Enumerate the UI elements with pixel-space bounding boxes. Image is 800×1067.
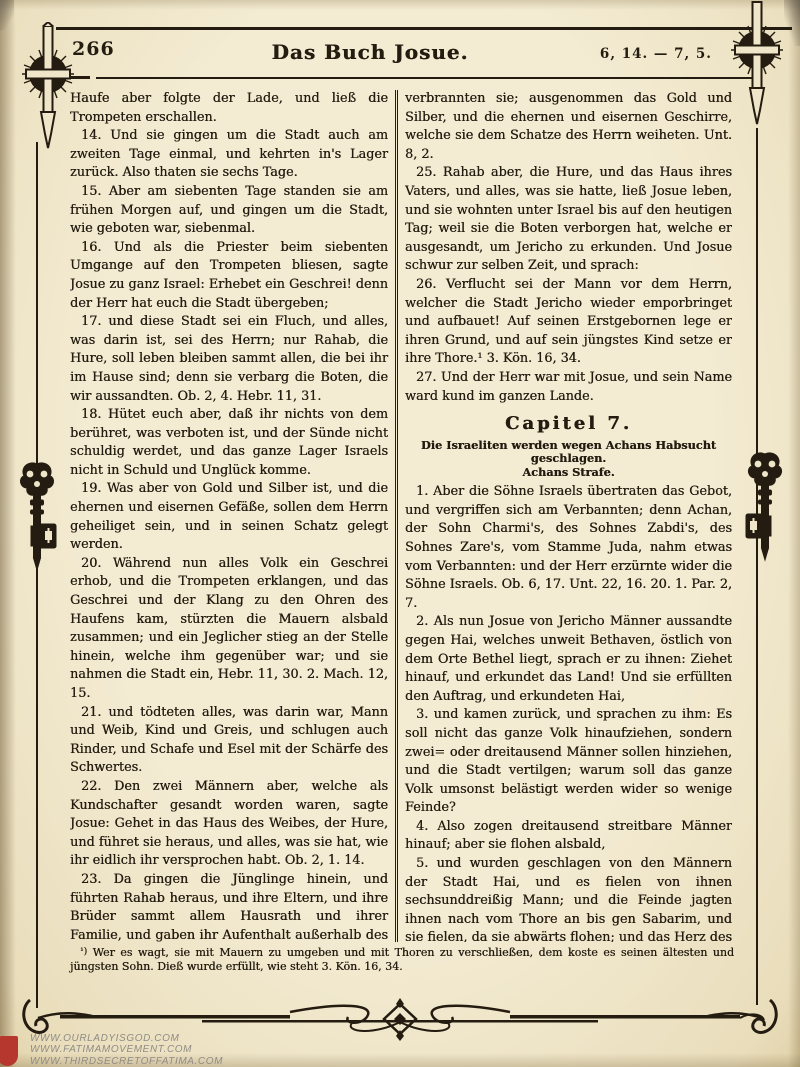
verse-paragraph: 21. und tödteten alles, was darin war, M… bbox=[70, 704, 388, 778]
verse-paragraph: 22. Den zwei Männern aber, welche als Ku… bbox=[70, 778, 388, 871]
footnote: ¹) Wer es wagt, sie mit Mauern zu umgebe… bbox=[70, 946, 734, 973]
verse-paragraph: 19. Was aber von Gold und Silber ist, un… bbox=[70, 480, 388, 554]
right-border-rule bbox=[756, 128, 758, 1005]
chapter-subheading: Die Israeliten werden wegen Achans Habsu… bbox=[405, 439, 732, 480]
left-border-rule bbox=[36, 142, 38, 1008]
top-border-rule bbox=[56, 27, 792, 30]
footnote-text: Wer es wagt, sie mit Mauern zu umgeben u… bbox=[70, 946, 734, 973]
continuation-paragraph: Haufe aber folgte der Lade, und ließ die… bbox=[70, 90, 388, 127]
verse-paragraph: 18. Hütet euch aber, daß ihr nichts von … bbox=[70, 406, 388, 480]
scanned-book-page: 266 Das Buch Josue. 6, 14. — 7, 5. bbox=[0, 0, 800, 1067]
watermark-text: WWW.THIRDSECRETOFFATIMA.COM bbox=[30, 1056, 223, 1067]
verse-paragraph: 25. Rahab aber, die Hure, und das Haus i… bbox=[405, 164, 732, 276]
verse-paragraph: 4. Also zogen dreitausend streitbare Män… bbox=[405, 818, 732, 855]
left-column: Haufe aber folgte der Lade, und ließ die… bbox=[70, 90, 398, 942]
continuation-paragraph: verbrannten sie; ausgenommen das Gold un… bbox=[405, 90, 732, 164]
verse-paragraph: 2. Als nun Josue von Jericho Männer auss… bbox=[405, 613, 732, 706]
footnote-marker: ¹) bbox=[70, 947, 87, 957]
verse-paragraph: 14. Und sie gingen um die Stadt auch am … bbox=[70, 127, 388, 183]
verse-paragraph: 27. Und der Herr war mit Josue, und sein… bbox=[405, 369, 732, 406]
cross-ornament-icon bbox=[726, 0, 788, 128]
verse-paragraph: 3. und kamen zurück, und sprachen zu ihm… bbox=[405, 706, 732, 818]
watermark-list: WWW.OURLADYISGOD.COMWWW.FATIMAMOVEMENT.C… bbox=[30, 1033, 223, 1067]
text-body: Haufe aber folgte der Lade, und ließ die… bbox=[70, 90, 732, 942]
verse-paragraph: 16. Und als die Priester beim siebenten … bbox=[70, 239, 388, 313]
page-corner-shadow bbox=[784, 0, 800, 46]
verse-paragraph: 1. Aber die Söhne Israels übertraten das… bbox=[405, 483, 732, 613]
key-ornament-icon bbox=[742, 452, 788, 564]
verse-range: 6, 14. — 7, 5. bbox=[600, 46, 712, 62]
verse-paragraph: 26. Verflucht sei der Mann vor dem Herrn… bbox=[405, 276, 732, 369]
header-underline bbox=[96, 77, 756, 79]
watermark-text: WWW.FATIMAMOVEMENT.COM bbox=[30, 1044, 223, 1055]
page-corner-shadow bbox=[0, 0, 14, 30]
right-column: verbrannten sie; ausgenommen das Gold un… bbox=[398, 90, 732, 942]
header-underline-dash bbox=[58, 76, 90, 79]
shield-logo bbox=[0, 1036, 18, 1066]
verse-paragraph: 17. und diese Stadt sei ein Fluch, und a… bbox=[70, 313, 388, 406]
watermark-text: WWW.OURLADYISGOD.COM bbox=[30, 1033, 223, 1044]
verse-paragraph: 15. Aber am siebenten Tage standen sie a… bbox=[70, 183, 388, 239]
verse-paragraph: 23. Da gingen die Jünglinge hinein, und … bbox=[70, 871, 388, 942]
verse-paragraph: 20. Während nun alles Volk ein Geschrei … bbox=[70, 555, 388, 704]
verse-paragraph: 5. und wurden geschlagen von den Männern… bbox=[405, 855, 732, 942]
chapter-heading: Capitel 7. bbox=[405, 415, 732, 434]
